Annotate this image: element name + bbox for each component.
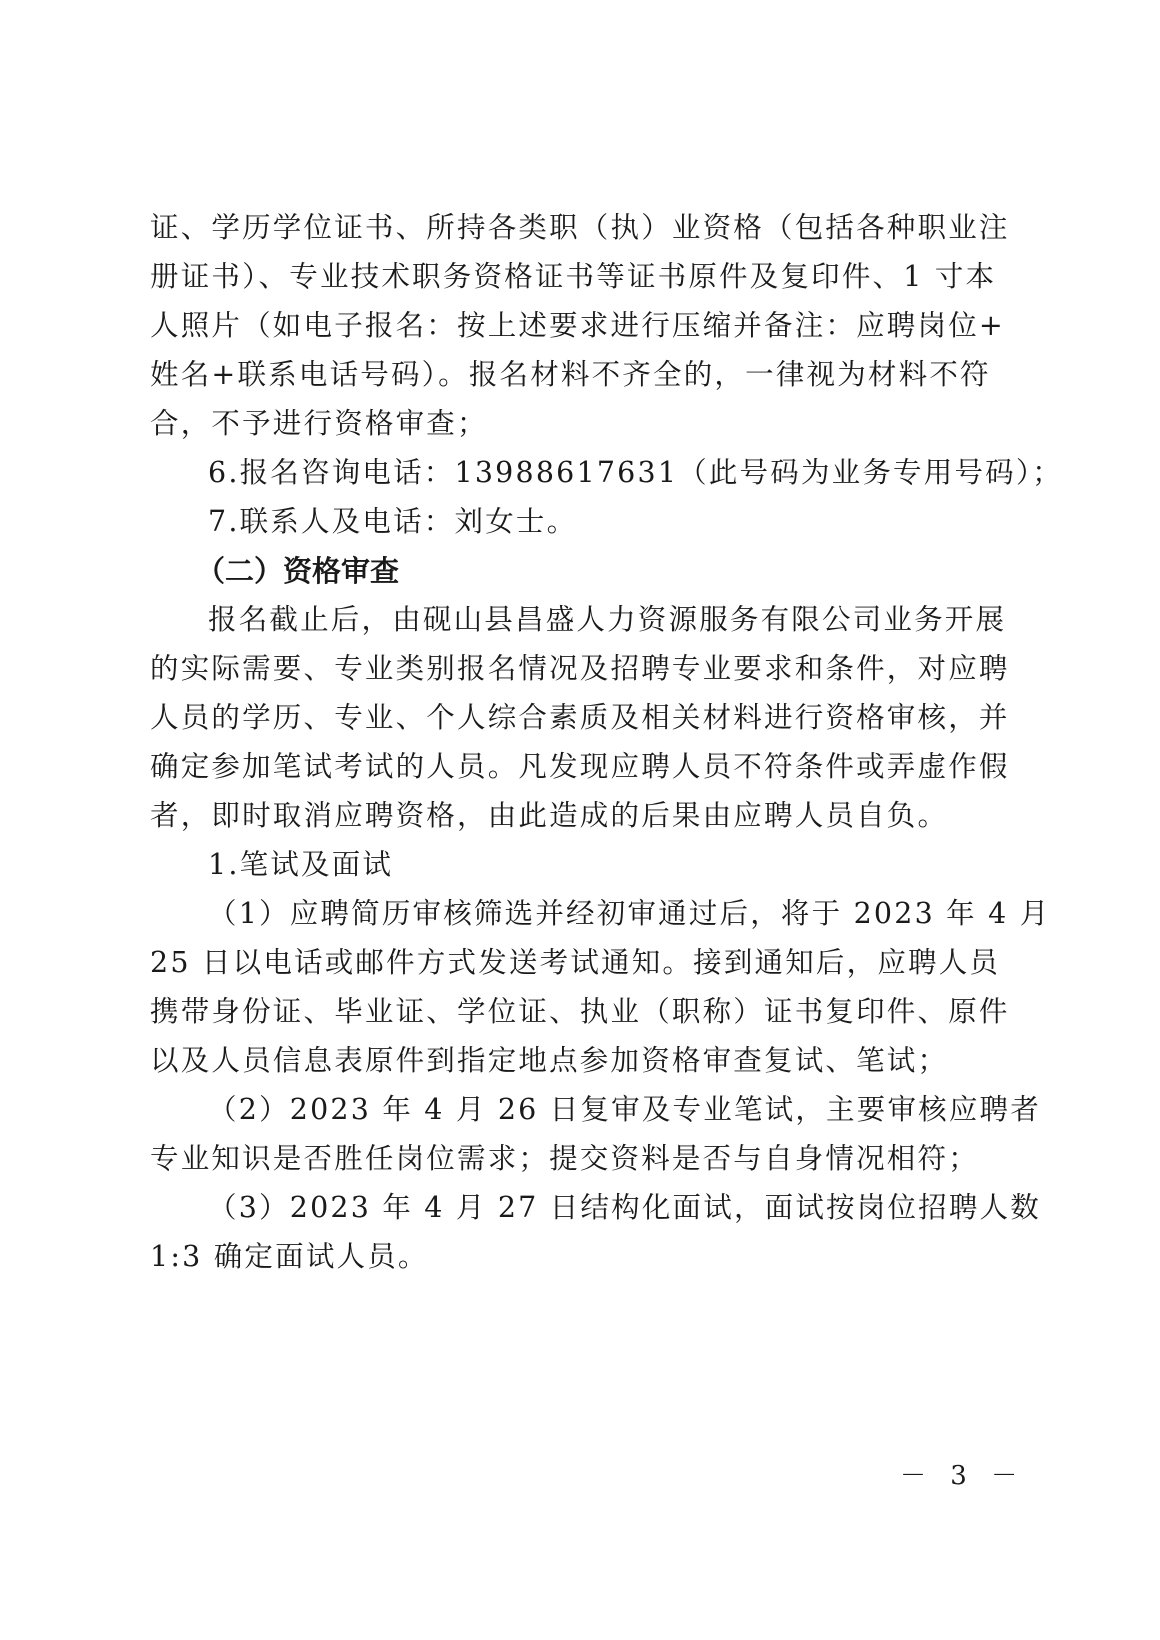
paragraph-line: 册证书）、专业技术职务资格证书等证书原件及复印件、1 寸本 — [150, 257, 972, 297]
section-heading: （二）资格审查 — [196, 551, 1018, 591]
paragraph-line: 者，即时取消应聘资格，由此造成的后果由应聘人员自负。 — [150, 796, 972, 836]
page-number: － 3 － — [900, 1458, 1025, 1494]
paragraph-line: 合，不予进行资格审查； — [150, 404, 972, 444]
paragraph-line: 25 日以电话或邮件方式发送考试通知。接到通知后，应聘人员 — [150, 943, 972, 983]
paragraph-line: 报名截止后，由砚山县昌盛人力资源服务有限公司业务开展 — [208, 600, 972, 640]
contact-phone-line: 6.报名咨询电话：13988617631（此号码为业务专用号码）； — [208, 453, 972, 493]
contact-person-line: 7.联系人及电话：刘女士。 — [208, 502, 972, 542]
paragraph-line: （2）2023 年 4 月 26 日复审及专业笔试，主要审核应聘者 — [208, 1090, 972, 1130]
paragraph-line: 1:3 确定面试人员。 — [150, 1237, 972, 1277]
paragraph-line: （1）应聘简历审核筛选并经初审通过后，将于 2023 年 4 月 — [208, 894, 972, 934]
paragraph-line: 人员的学历、专业、个人综合素质及相关材料进行资格审核，并 — [150, 698, 972, 738]
paragraph-line: 以及人员信息表原件到指定地点参加资格审查复试、笔试； — [150, 1041, 972, 1081]
paragraph-line: 确定参加笔试考试的人员。凡发现应聘人员不符条件或弄虚作假 — [150, 747, 972, 787]
paragraph-line: 姓名+联系电话号码）。报名材料不齐全的，一律视为材料不符 — [150, 355, 972, 395]
paragraph-line: 人照片（如电子报名：按上述要求进行压缩并备注：应聘岗位+ — [150, 306, 972, 346]
paragraph-line: （3）2023 年 4 月 27 日结构化面试，面试按岗位招聘人数 — [208, 1188, 972, 1228]
paragraph-line: 专业知识是否胜任岗位需求；提交资料是否与自身情况相符； — [150, 1139, 972, 1179]
paragraph-line: 的实际需要、专业类别报名情况及招聘专业要求和条件，对应聘 — [150, 649, 972, 689]
subsection-title: 1.笔试及面试 — [208, 845, 972, 885]
paragraph-line: 携带身份证、毕业证、学位证、执业（职称）证书复印件、原件 — [150, 992, 972, 1032]
paragraph-line: 证、学历学位证书、所持各类职（执）业资格（包括各种职业注 — [150, 208, 972, 248]
document-page: 证、学历学位证书、所持各类职（执）业资格（包括各种职业注 册证书）、专业技术职务… — [0, 0, 1160, 1640]
